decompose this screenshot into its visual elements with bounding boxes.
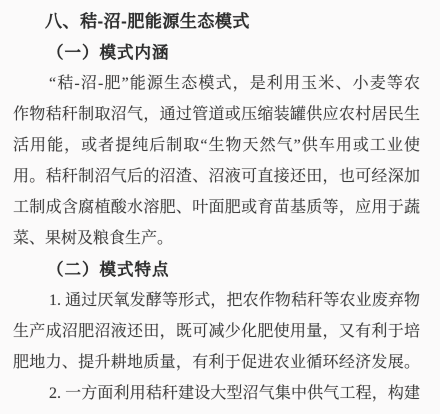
section1-paragraph-line: 活用能，或者提纯后制取“生物天然气”供车用或工业使 <box>13 130 420 161</box>
section2-point1-line: 生产成沼肥沼液还田，既可减少化肥使用量，又有利于培 <box>13 316 420 347</box>
section1-paragraph-line: 工制成含腐植酸水溶肥、叶面肥或育苗基质等，应用于蔬 <box>13 192 420 223</box>
section1-title: （一）模式内涵 <box>13 37 420 68</box>
document-page: 八、秸-沼-肥能源生态模式 （一）模式内涵 “秸-沼-肥”能源生态模式，是利用玉… <box>0 0 440 414</box>
document-title: 八、秸-沼-肥能源生态模式 <box>13 6 420 37</box>
section1-paragraph-line: 作物秸秆制取沼气，通过管道或压缩装罐供应农村居民生 <box>13 99 420 130</box>
section2-point1-line: 肥地力、提升耕地质量，有利于促进农业循环经济发展。 <box>13 347 420 378</box>
section2-point2-line: 2. 一方面利用秸秆建设大型沼气集中供气工程，构建 <box>13 378 420 409</box>
section2-point1-line: 1. 通过厌氧发酵等形式，把农作物秸秆等农业废弃物 <box>13 285 420 316</box>
section2-title: （二）模式特点 <box>13 254 420 285</box>
section1-paragraph-line: 用。秸秆制沼气后的沼渣、沼液可直接还田，也可经深加 <box>13 161 420 192</box>
section1-paragraph-line: 菜、果树及粮食生产。 <box>13 223 420 254</box>
section1-paragraph-line: “秸-沼-肥”能源生态模式，是利用玉米、小麦等农 <box>13 68 420 99</box>
